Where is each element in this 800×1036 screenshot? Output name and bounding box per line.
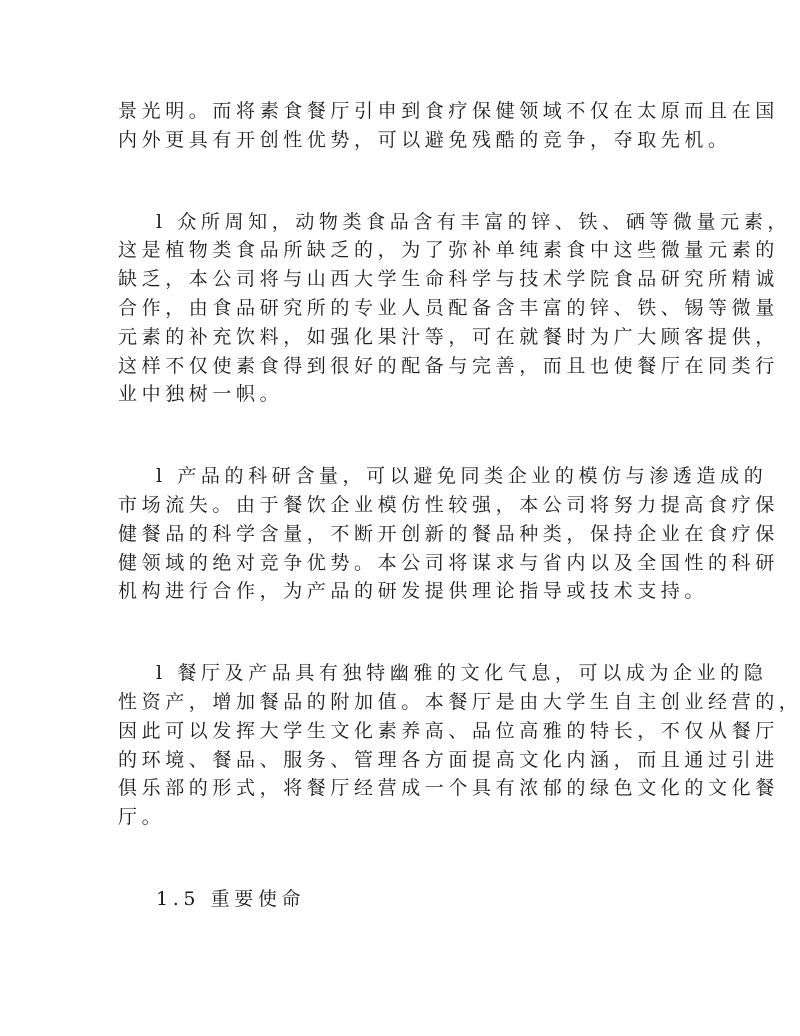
text-line: 的环境、餐品、服务、管理各方面提高文化内涵，而且通过引进 bbox=[118, 746, 684, 775]
text-line: l 产品的科研含量，可以避免同类企业的模仿与渗透造成的 bbox=[118, 462, 684, 491]
text-line: 健领域的绝对竞争优势。本公司将谋求与省内以及全国性的科研 bbox=[118, 549, 684, 578]
paragraph-intro-continuation: 景光明。而将素食餐厅引申到食疗保健领域不仅在太原而且在国 内外更具有开创性优势，… bbox=[118, 97, 684, 155]
paragraph-cultural-atmosphere: l 餐厅及产品具有独特幽雅的文化气息，可以成为企业的隐 性资产，增加餐品的附加值… bbox=[118, 659, 684, 832]
text-line: 业中独树一帜。 bbox=[118, 380, 684, 409]
text-line: 性资产，增加餐品的附加值。本餐厅是由大学生自主创业经营的， bbox=[118, 688, 684, 717]
text-line: l 餐厅及产品具有独特幽雅的文化气息，可以成为企业的隐 bbox=[118, 659, 684, 688]
text-line: 这样不仅使素食得到很好的配备与完善，而且也使餐厅在同类行 bbox=[118, 352, 684, 381]
paragraph-research-content: l 产品的科研含量，可以避免同类企业的模仿与渗透造成的 市场流失。由于餐饮企业模… bbox=[118, 462, 684, 606]
text-line: 厅。 bbox=[118, 803, 684, 832]
text-line: 机构进行合作，为产品的研发提供理论指导或技术支持。 bbox=[118, 577, 684, 606]
text-line: 元素的补充饮料，如强化果汁等，可在就餐时为广大顾客提供， bbox=[118, 323, 684, 352]
paragraph-trace-elements: l 众所周知，动物类食品含有丰富的锌、铁、硒等微量元素， 这是植物类食品所缺乏的… bbox=[118, 208, 684, 410]
text-line: 合作，由食品研究所的专业人员配备含丰富的锌、铁、锡等微量 bbox=[118, 294, 684, 323]
text-line: 因此可以发挥大学生文化素养高、品位高雅的特长，不仅从餐厅 bbox=[118, 717, 684, 746]
text-line: 景光明。而将素食餐厅引申到食疗保健领域不仅在太原而且在国 bbox=[118, 97, 684, 126]
text-line: 俱乐部的形式，将餐厅经营成一个具有浓郁的绿色文化的文化餐 bbox=[118, 774, 684, 803]
text-line: 市场流失。由于餐饮企业模仿性较强，本公司将努力提高食疗保 bbox=[118, 491, 684, 520]
text-line: 缺乏，本公司将与山西大学生命科学与技术学院食品研究所精诚 bbox=[118, 265, 684, 294]
document-page: 景光明。而将素食餐厅引申到食疗保健领域不仅在太原而且在国 内外更具有开创性优势，… bbox=[118, 97, 684, 914]
text-line: 内外更具有开创性优势，可以避免残酷的竞争，夺取先机。 bbox=[118, 126, 684, 155]
text-line: 健餐品的科学含量，不断开创新的餐品种类，保持企业在食疗保 bbox=[118, 520, 684, 549]
section-heading: 1.5 重要使命 bbox=[118, 885, 684, 914]
text-line: l 众所周知，动物类食品含有丰富的锌、铁、硒等微量元素， bbox=[118, 208, 684, 237]
text-line: 这是植物类食品所缺乏的，为了弥补单纯素食中这些微量元素的 bbox=[118, 236, 684, 265]
